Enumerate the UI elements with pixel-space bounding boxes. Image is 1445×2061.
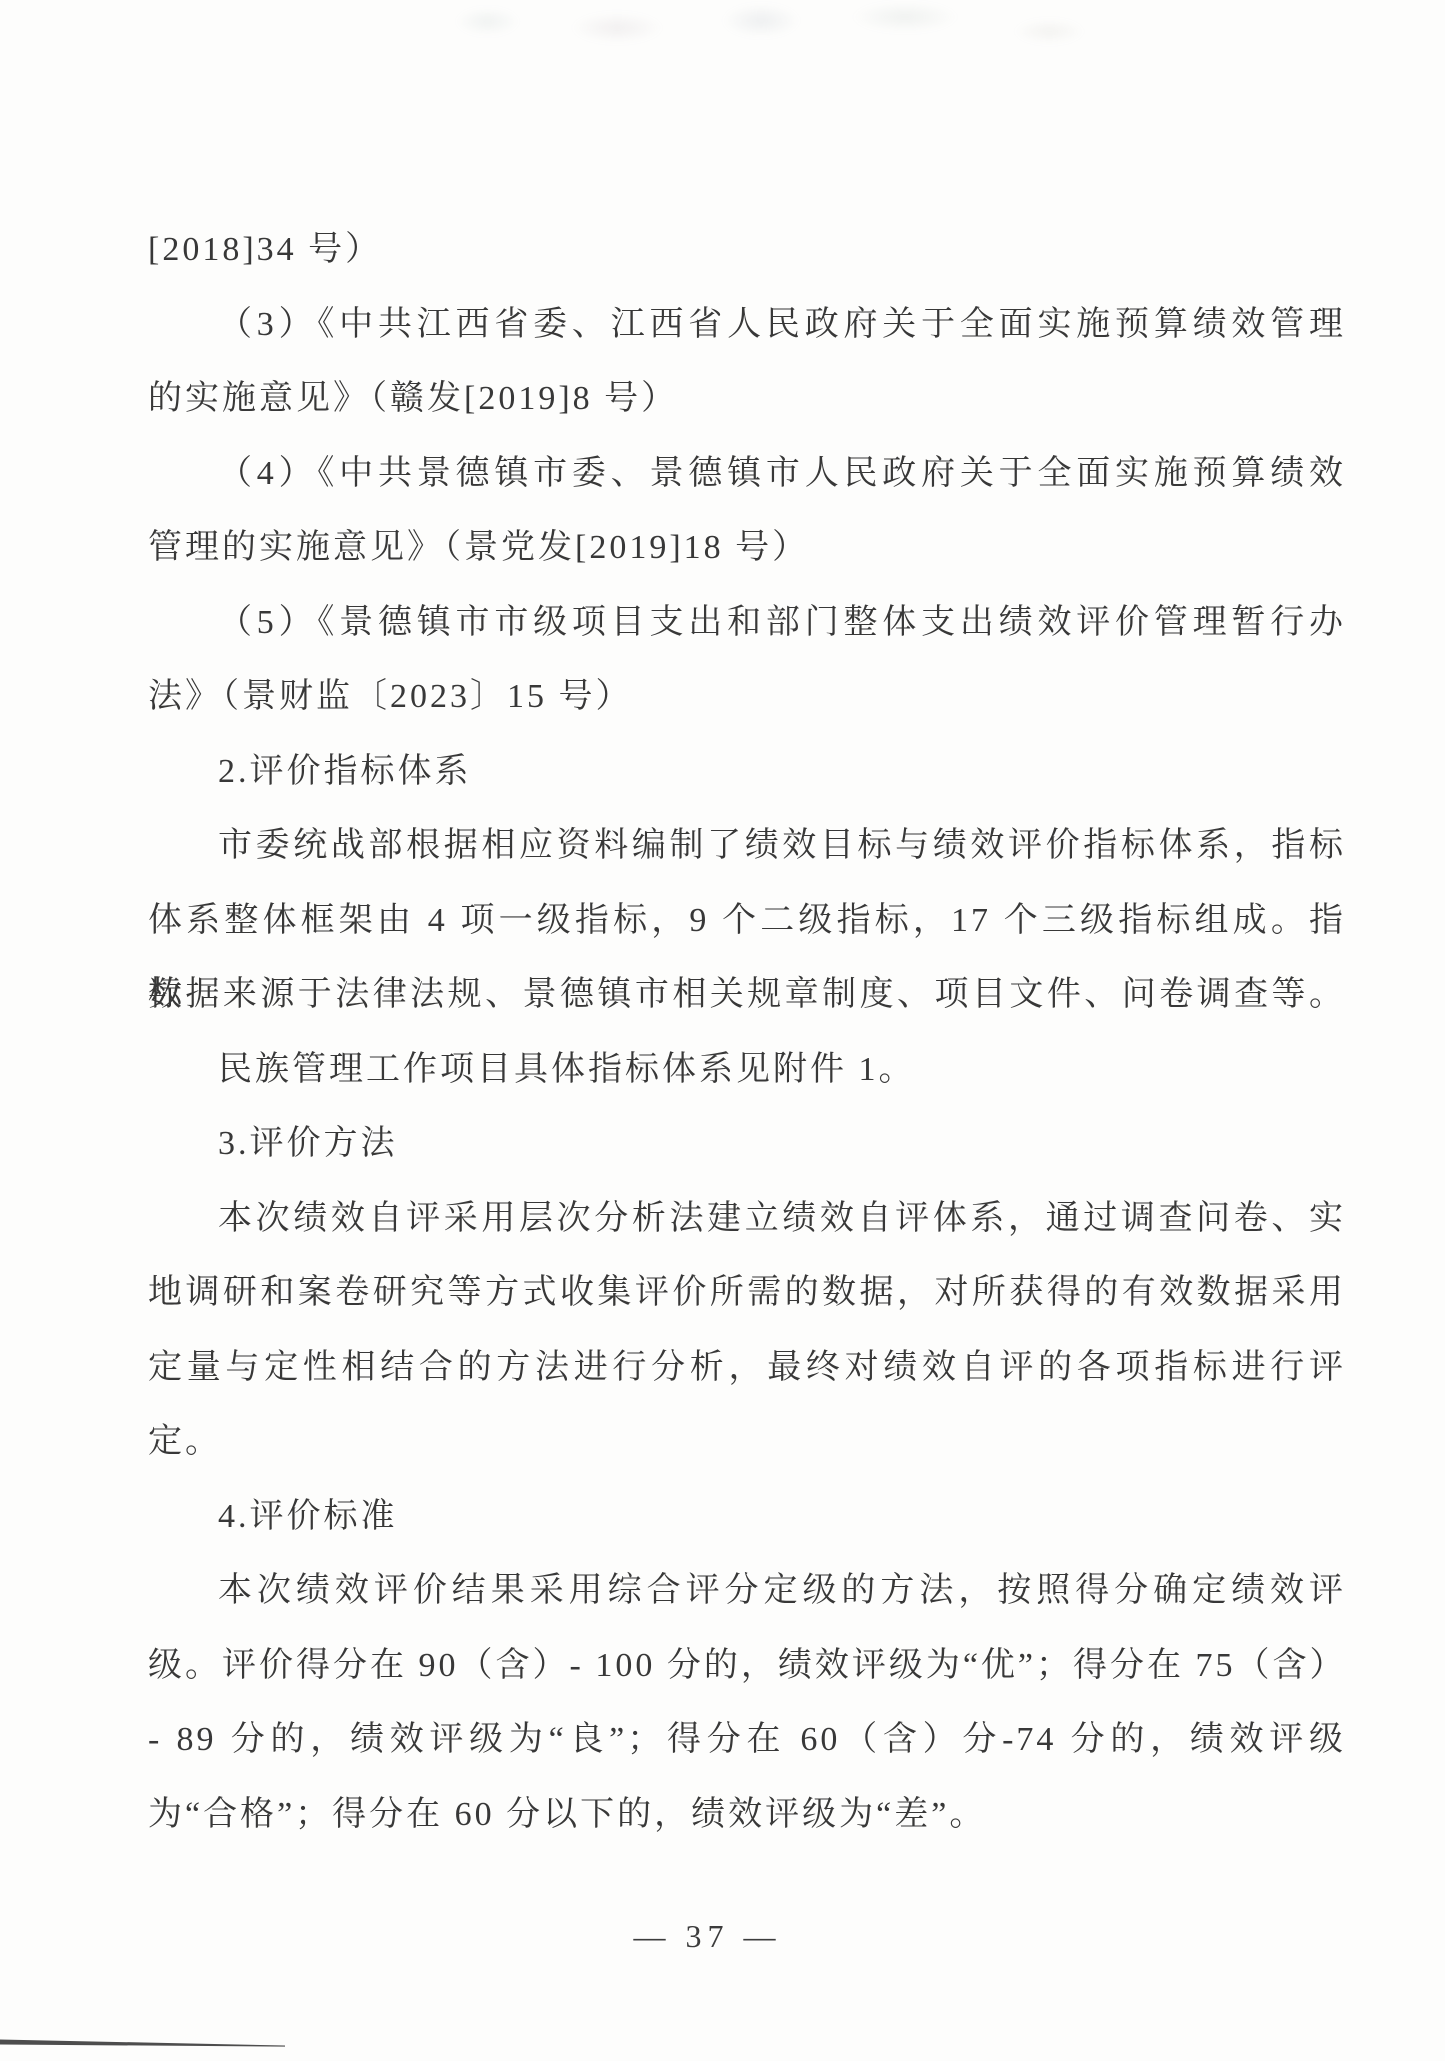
text-line: - 89 分的，绩效评级为“良”；得分在 60（含）分-74 分的，绩效评级	[148, 1703, 1346, 1778]
section-heading: 4.评价标准	[148, 1480, 1346, 1555]
text-line: 地调研和案卷研究等方式收集评价所需的数据，对所获得的有效数据采用	[148, 1256, 1346, 1331]
text-line: [2018]34 号）	[148, 213, 1346, 288]
section-heading: 3.评价方法	[148, 1107, 1346, 1182]
document-body: [2018]34 号） （3）《中共江西省委、江西省人民政府关于全面实施预算绩效…	[148, 213, 1346, 1852]
text-line: 定。	[148, 1405, 1346, 1480]
text-line: 体系整体框架由 4 项一级指标，9 个二级指标，17 个三级指标组成。指标	[148, 884, 1346, 959]
scan-edge-artifact	[0, 2038, 290, 2050]
bleedthrough-artifact	[430, 0, 1150, 80]
text-line: 管理的实施意见》（景党发[2019]18 号）	[148, 511, 1346, 586]
page-number: — 37 —	[575, 1918, 840, 1955]
section-heading: 2.评价指标体系	[148, 735, 1346, 810]
text-line: 市委统战部根据相应资料编制了绩效目标与绩效评价指标体系，指标	[148, 809, 1346, 884]
text-line: 法》（景财监〔2023〕15 号）	[148, 660, 1346, 735]
text-line: 级。评价得分在 90（含）- 100 分的，绩效评级为“优”；得分在 75（含）	[148, 1629, 1346, 1704]
text-line: 民族管理工作项目具体指标体系见附件 1。	[148, 1033, 1346, 1108]
document-page: [2018]34 号） （3）《中共江西省委、江西省人民政府关于全面实施预算绩效…	[0, 0, 1445, 2061]
text-line: （5）《景德镇市市级项目支出和部门整体支出绩效评价管理暂行办	[148, 586, 1346, 661]
text-line: （4）《中共景德镇市委、景德镇市人民政府关于全面实施预算绩效	[148, 437, 1346, 512]
text-line: 数据来源于法律法规、景德镇市相关规章制度、项目文件、问卷调查等。	[148, 958, 1346, 1033]
text-line: （3）《中共江西省委、江西省人民政府关于全面实施预算绩效管理	[148, 288, 1346, 363]
text-line: 本次绩效自评采用层次分析法建立绩效自评体系，通过调查问卷、实	[148, 1182, 1346, 1257]
text-line: 的实施意见》（赣发[2019]8 号）	[148, 362, 1346, 437]
text-line: 定量与定性相结合的方法进行分析，最终对绩效自评的各项指标进行评	[148, 1331, 1346, 1406]
text-line: 为“合格”；得分在 60 分以下的，绩效评级为“差”。	[148, 1778, 1346, 1853]
text-line: 本次绩效评价结果采用综合评分定级的方法，按照得分确定绩效评	[148, 1554, 1346, 1629]
